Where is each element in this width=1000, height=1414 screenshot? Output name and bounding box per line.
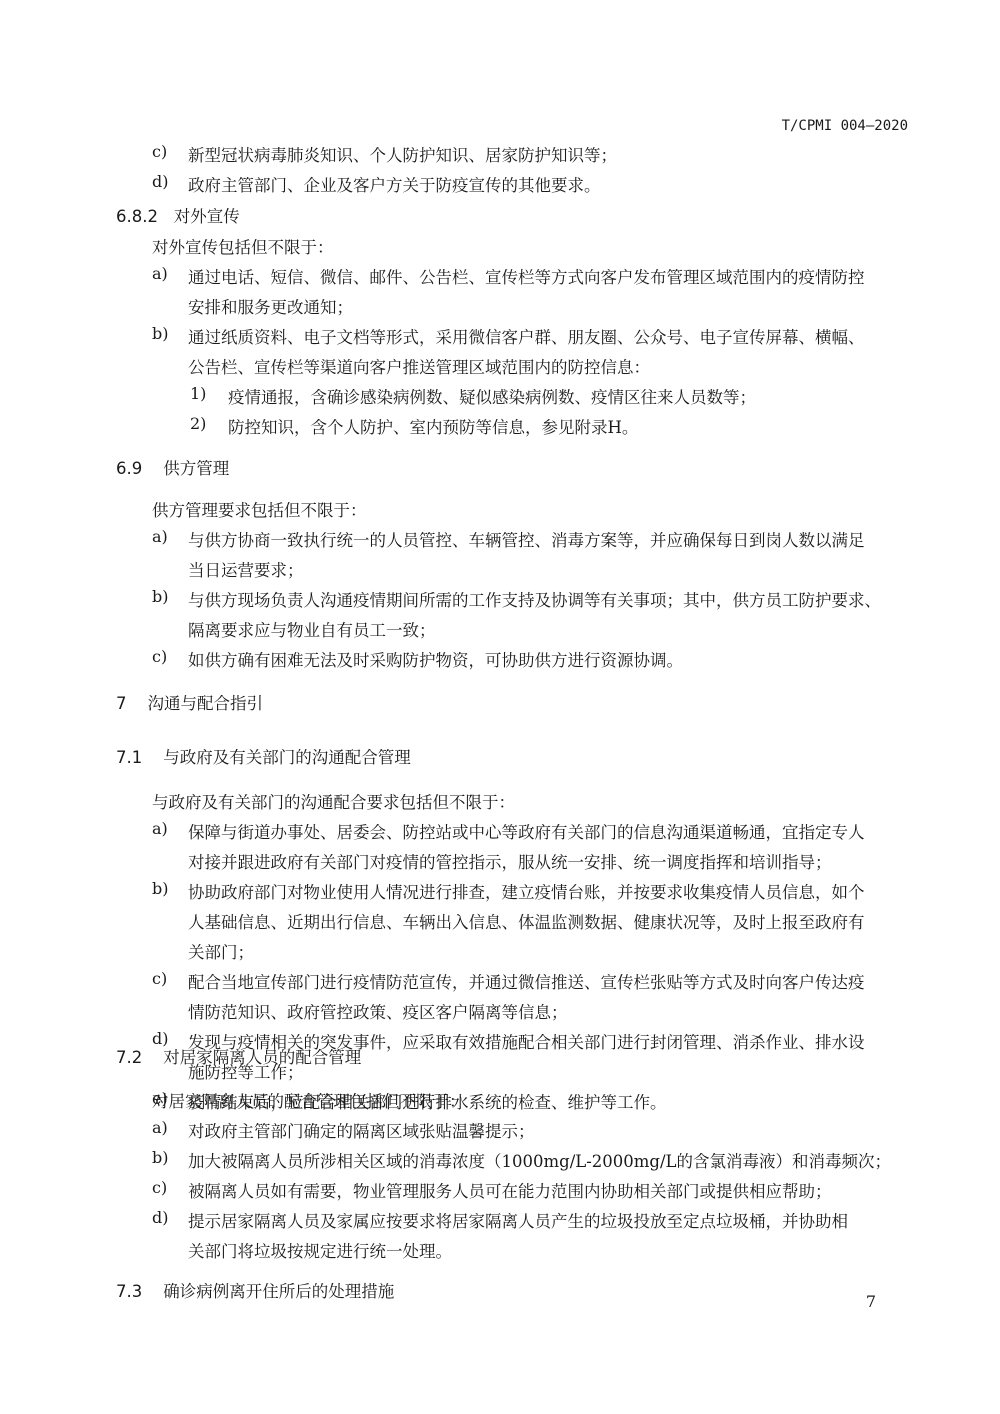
- section-number: 7.2: [116, 1048, 142, 1067]
- list-item-text: 人基础信息、近期出行信息、车辆出入信息、体温监测数据、健康状况等，及时上报至政府…: [188, 909, 865, 933]
- list-item-text: 新型冠状病毒肺炎知识、个人防护知识、居家防护知识等；: [188, 142, 617, 166]
- list-item-text: 如供方确有困难无法及时采购防护物资，可协助供方进行资源协调。: [188, 647, 683, 671]
- list-label: a): [152, 1118, 168, 1137]
- list-label: c): [152, 142, 167, 161]
- list-item-text: 当日运营要求；: [188, 557, 304, 581]
- chapter-heading-7: 7 沟通与配合指引: [116, 690, 263, 714]
- list-label: a): [152, 527, 168, 546]
- section-title: 供方管理: [163, 459, 229, 478]
- section-intro: 供方管理要求包括但不限于：: [152, 497, 367, 521]
- list-item-text: 与供方协商一致执行统一的人员管控、车辆管控、消毒方案等，并应确保每日到岗人数以满…: [188, 527, 865, 551]
- section-heading-7-1: 7.1 与政府及有关部门的沟通配合管理: [116, 744, 411, 768]
- section-heading-7-3: 7.3 确诊病例离开住所后的处理措施: [116, 1278, 394, 1302]
- list-item-text: 配合当地宣传部门进行疫情防范宣传，并通过微信推送、宣传栏张贴等方式及时向客户传达…: [188, 969, 865, 993]
- section-heading-6-8-2: 6.8.2 对外宣传: [116, 203, 240, 227]
- doc-code-header: T/CPMI 004—2020: [782, 118, 908, 134]
- list-label: a): [152, 819, 168, 838]
- section-intro: 对外宣传包括但不限于：: [152, 234, 334, 258]
- section-number: 7.1: [116, 748, 142, 767]
- list-item-text: 关部门将垃圾按规定进行统一处理。: [188, 1238, 452, 1262]
- list-label: b): [152, 879, 168, 898]
- list-item-text: 对政府主管部门确定的隔离区域张贴温馨提示；: [188, 1118, 535, 1142]
- section-intro: 对居家隔离人员的配合管理包括但不限于：: [152, 1088, 466, 1112]
- sublist-item-text: 疫情通报，含确诊感染病例数、疑似感染病例数、疫情区往来人员数等；: [228, 384, 756, 408]
- section-title: 对居家隔离人员的配合管理: [163, 1048, 361, 1067]
- section-number: 7.3: [116, 1282, 142, 1301]
- list-label: d): [152, 172, 168, 191]
- list-item-text: 通过纸质资料、电子文档等形式，采用微信客户群、朋友圈、公众号、电子宣传屏幕、横幅…: [188, 324, 865, 348]
- list-item-text: 协助政府部门对物业使用人情况进行排查，建立疫情台账，并按要求收集疫情人员信息，如…: [188, 879, 865, 903]
- list-item-text: 关部门；: [188, 939, 254, 963]
- list-item-text: 情防范知识、政府管控政策、疫区客户隔离等信息；: [188, 999, 568, 1023]
- list-item-text: 公告栏、宣传栏等渠道向客户推送管理区域范围内的防控信息：: [188, 354, 650, 378]
- list-item-text: 隔离要求应与物业自有员工一致；: [188, 617, 436, 641]
- list-label: c): [152, 969, 167, 988]
- list-label: b): [152, 587, 168, 606]
- section-title: 沟通与配合指引: [147, 694, 263, 713]
- list-item-text: 被隔离人员如有需要，物业管理服务人员可在能力范围内协助相关部门或提供相应帮助；: [188, 1178, 832, 1202]
- list-label: b): [152, 324, 168, 343]
- list-item-text: 提示居家隔离人员及家属应按要求将居家隔离人员产生的垃圾投放至定点垃圾桶，并协助相: [188, 1208, 848, 1232]
- list-item-text: 政府主管部门、企业及客户方关于防疫宣传的其他要求。: [188, 172, 601, 196]
- list-item-text: 通过电话、短信、微信、邮件、公告栏、宣传栏等方式向客户发布管理区域范围内的疫情防…: [188, 264, 865, 288]
- section-number: 6.8.2: [116, 207, 158, 226]
- page-number: 7: [866, 1292, 876, 1311]
- list-label: b): [152, 1148, 168, 1167]
- section-number: 7: [116, 694, 127, 713]
- list-item-text: 安排和服务更改通知；: [188, 294, 353, 318]
- section-heading-7-2: 7.2 对居家隔离人员的配合管理: [116, 1044, 361, 1068]
- list-item-text: 与供方现场负责人沟通疫情期间所需的工作支持及协调等有关事项；其中，供方员工防护要…: [188, 587, 881, 611]
- sublist-item-text: 防控知识，含个人防护、室内预防等信息，参见附录H。: [228, 414, 638, 438]
- section-title: 确诊病例离开住所后的处理措施: [163, 1282, 394, 1301]
- section-title: 与政府及有关部门的沟通配合管理: [163, 748, 411, 767]
- list-label: a): [152, 264, 168, 283]
- list-label: c): [152, 647, 167, 666]
- section-title: 对外宣传: [174, 207, 240, 226]
- sublist-label: 2): [190, 414, 206, 433]
- section-number: 6.9: [116, 459, 142, 478]
- list-item-text: 加大被隔离人员所涉相关区域的消毒浓度（1000mg/L-2000mg/L的含氯消…: [188, 1148, 891, 1172]
- sublist-label: 1): [190, 384, 206, 403]
- list-label: c): [152, 1178, 167, 1197]
- list-item-text: 保障与街道办事处、居委会、防控站或中心等政府有关部门的信息沟通渠道畅通，宜指定专…: [188, 819, 865, 843]
- list-item-text: 对接并跟进政府有关部门对疫情的管控指示，服从统一安排、统一调度指挥和培训指导；: [188, 849, 832, 873]
- section-intro: 与政府及有关部门的沟通配合要求包括但不限于：: [152, 789, 515, 813]
- section-heading-6-9: 6.9 供方管理: [116, 455, 229, 479]
- list-label: d): [152, 1208, 168, 1227]
